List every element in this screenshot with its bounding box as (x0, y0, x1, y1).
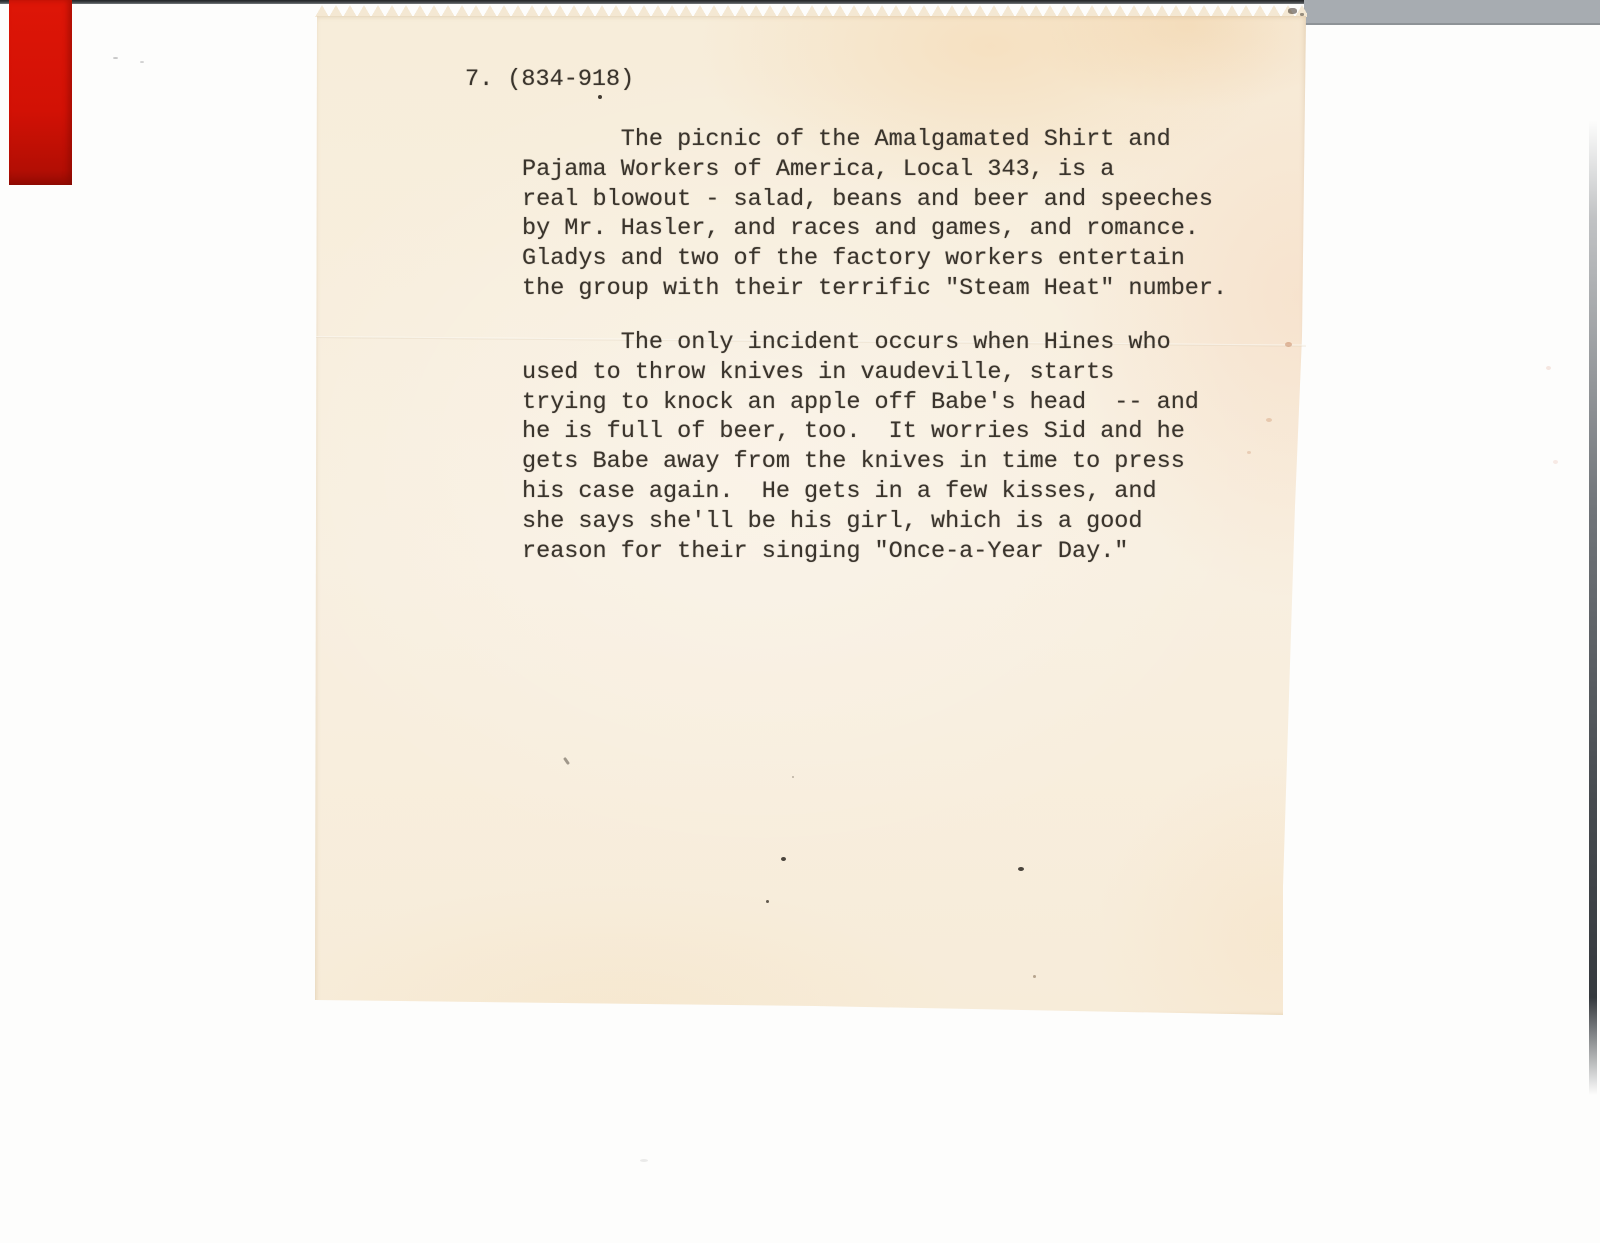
ink-speck (766, 900, 769, 903)
scanner-bed-strip (1304, 0, 1600, 25)
rust-stain (1285, 342, 1292, 347)
scan-dust-mark (640, 1159, 648, 1162)
torn-edge-shadow (1300, 13, 1304, 16)
scan-dust-mark (1546, 366, 1551, 370)
rust-stain (1266, 418, 1272, 422)
scan-dust-mark (113, 57, 118, 59)
synopsis-paragraph-1: The picnic of the Amalgamated Shirt and … (522, 125, 1227, 304)
red-marker-bar (9, 0, 72, 185)
ink-speck (1018, 867, 1024, 871)
scan-dust-mark (140, 61, 144, 63)
ink-speck (781, 857, 786, 861)
synopsis-paragraph-2: The only incident occurs when Hines who … (522, 328, 1199, 566)
scan-dust-mark (1553, 460, 1558, 464)
paper-torn-top-edge (315, 5, 1307, 17)
scene-number-heading: 7. (834-918) (465, 65, 634, 95)
rust-stain (1247, 451, 1251, 454)
torn-edge-shadow (1288, 8, 1297, 14)
scan-top-edge-line (0, 0, 1306, 4)
ink-speck (1033, 975, 1036, 978)
scan-right-edge-line (1589, 120, 1597, 1095)
scanned-document-view: 7. (834-918) The picnic of the Amalgamat… (0, 0, 1600, 1243)
ink-speck (792, 776, 794, 778)
ink-speck (598, 95, 602, 99)
